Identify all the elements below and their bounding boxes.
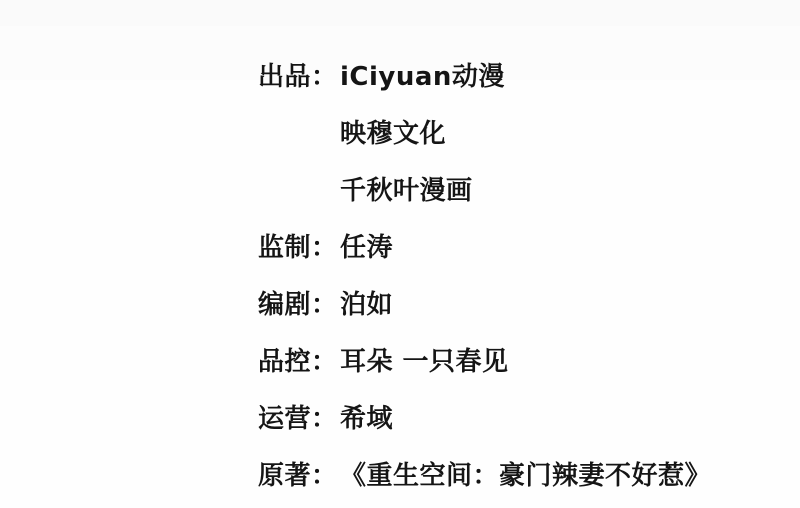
credit-label: 原著： [258, 455, 340, 492]
credit-value: 映穆文化 [340, 113, 446, 150]
credit-value: 耳朵 一只春见 [340, 341, 509, 378]
credit-value: 任涛 [340, 227, 393, 264]
credits-row-quality-control: 品控： 耳朵 一只春见 [258, 331, 800, 388]
credits-row-producer: 出品： iCiyuan动漫 [258, 46, 800, 103]
credit-value: 《重生空间：豪门辣妻不好惹》 [340, 455, 711, 492]
credits-row-screenwriter: 编剧： 泊如 [258, 274, 800, 331]
credit-label: 运营： [258, 398, 340, 435]
credit-value: iCiyuan动漫 [340, 56, 505, 93]
credit-value: 希域 [340, 398, 393, 435]
credit-label: 监制： [258, 227, 340, 264]
credit-label: 出品： [258, 56, 340, 93]
credit-label: 编剧： [258, 284, 340, 321]
credits-row-producer-cont-2: 千秋叶漫画 [258, 160, 800, 217]
credit-value: 泊如 [340, 284, 393, 321]
credits-row-operations: 运营： 希域 [258, 388, 800, 445]
credits-row-original-work: 原著： 《重生空间：豪门辣妻不好惹》 [258, 445, 800, 502]
credit-value: 千秋叶漫画 [340, 170, 473, 207]
credit-label: 品控： [258, 341, 340, 378]
credits-page: 出品： iCiyuan动漫 映穆文化 千秋叶漫画 监制： 任涛 编剧： 泊如 品… [0, 0, 800, 508]
credits-row-supervisor: 监制： 任涛 [258, 217, 800, 274]
credits-row-producer-cont-1: 映穆文化 [258, 103, 800, 160]
